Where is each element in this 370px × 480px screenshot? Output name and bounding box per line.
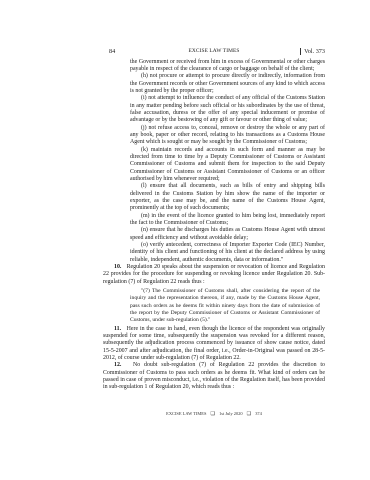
clause-h: (h) not procure or attempt to procure di… <box>130 73 325 95</box>
clause-l: (l) ensure that all documents, such as b… <box>130 183 325 212</box>
paragraph-12: 12. No doubt sub-regulation (7) of Regul… <box>103 362 325 391</box>
running-header: 84 EXCISE LAW TIMES Vol. 373 <box>103 48 325 58</box>
footer-page: 374 <box>255 411 262 416</box>
running-footer: EXCISE LAW TIMES ❑ 1st July 2020 ❑ 374 <box>103 411 325 417</box>
footer-date: 1st July 2020 <box>219 411 242 416</box>
paragraph-number: 12. <box>114 362 121 368</box>
clause-continuation: the Government or received from him in e… <box>130 59 325 74</box>
paragraph-number: 10. <box>114 264 121 270</box>
paragraph-10: 10. Regulation 20 speaks about the suspe… <box>103 264 325 286</box>
paragraph-number: 11. <box>114 326 121 332</box>
paragraph-text: Regulation 20 speaks about the suspensio… <box>103 264 325 285</box>
paragraph-text: Here in the case in hand, even though th… <box>103 326 325 361</box>
clause-j: (j) not refuse access to, conceal, remov… <box>130 125 325 147</box>
clause-n: (n) ensure that he discharges his duties… <box>130 227 325 242</box>
clause-i: (i) not attempt to influence the conduct… <box>130 95 325 124</box>
clause-m: (m) in the event of the licence granted … <box>130 213 325 228</box>
paragraph-11: 11. Here in the case in hand, even thoug… <box>103 326 325 363</box>
paragraph-text: No doubt sub-regulation (7) of Regulatio… <box>103 362 325 390</box>
box-bullet-icon: ❑ <box>211 411 215 417</box>
quoted-regulation-clauses: the Government or received from him in e… <box>130 59 325 265</box>
journal-title: EXCISE LAW TIMES <box>103 48 325 54</box>
document-body: the Government or received from him in e… <box>103 59 325 392</box>
quoted-sub-regulation-7: "(7) The Commissioner of Customs shall, … <box>130 288 320 324</box>
box-bullet-icon: ❑ <box>247 411 251 417</box>
volume-label: Vol. 373 <box>300 48 325 55</box>
document-page: 84 EXCISE LAW TIMES Vol. 373 the Governm… <box>0 0 370 480</box>
clause-k: (k) maintain records and accounts in suc… <box>130 147 325 184</box>
footer-publication: EXCISE LAW TIMES <box>166 411 206 416</box>
clause-o: (o) verify antecedent, correctness of Im… <box>130 242 325 264</box>
